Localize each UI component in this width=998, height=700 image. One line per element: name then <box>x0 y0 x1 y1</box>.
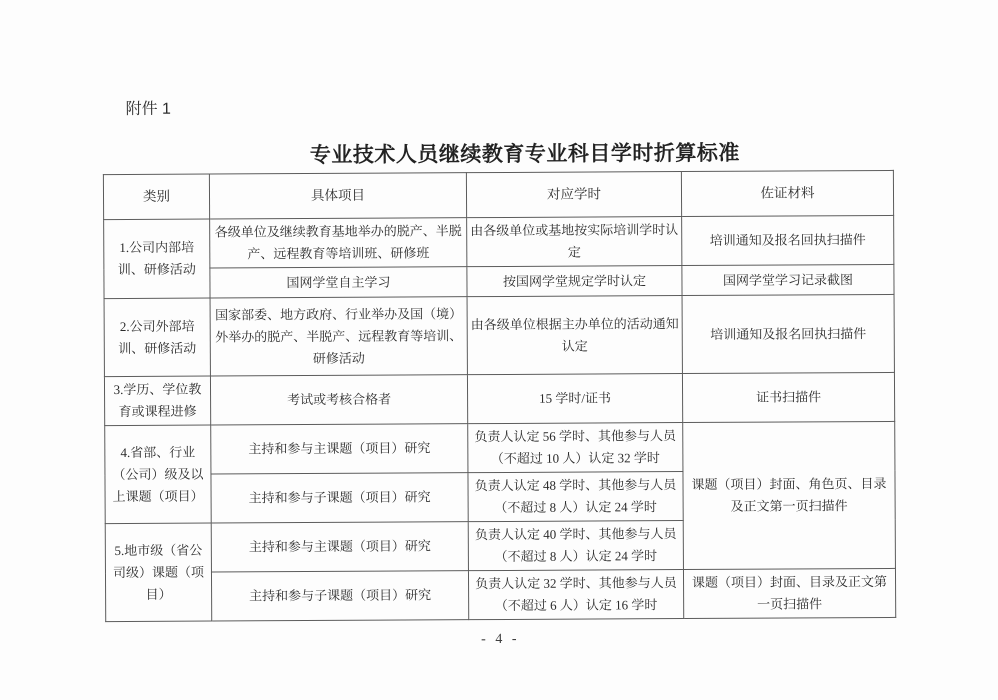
item-cell: 主持和参与子课题（项目）研究 <box>211 571 468 621</box>
evidence-cell: 课题（项目）封面、目录及正文第一页扫描件 <box>683 568 895 618</box>
attachment-label: 附件 1 <box>125 96 170 119</box>
table-row: 3.学历、学位教育或课程进修 考试或考核合格者 15 学时/证书 证书扫描件 <box>104 372 894 425</box>
table-row: 主持和参与子课题（项目）研究 负责人认定 32 学时、其他参与人员（不超过 6 … <box>105 568 895 621</box>
header-cell-evidence: 佐证材料 <box>681 170 893 216</box>
evidence-cell: 培训通知及报名回执扫描件 <box>682 294 894 373</box>
category-cell-internal-training: 1.公司内部培训、研修活动 <box>104 219 210 299</box>
table-row: 4.省部、行业（公司）级及以上课题（项目） 主持和参与主课题（项目）研究 负责人… <box>105 421 895 474</box>
hours-cell: 由各级单位根据主办单位的活动通知认定 <box>467 296 682 375</box>
category-cell-external-training: 2.公司外部培训、研修活动 <box>104 298 210 377</box>
scan-sheet: 附件 1 专业技术人员继续教育专业科目学时折算标准 类别 具体项目 对应学时 佐… <box>0 0 998 700</box>
hours-cell: 15 学时/证书 <box>467 374 682 424</box>
item-cell: 主持和参与子课题（项目）研究 <box>211 473 468 523</box>
item-cell: 主持和参与主课题（项目）研究 <box>211 424 468 474</box>
table-row: 国网学堂自主学习 按国网学堂规定学时认定 国网学堂学习记录截图 <box>104 264 894 298</box>
evidence-cell: 证书扫描件 <box>682 372 894 422</box>
table-row: 2.公司外部培训、研修活动 国家部委、地方政府、行业举办及国（境）外举办的脱产、… <box>104 294 894 376</box>
page-number: - 4 - <box>1 629 998 650</box>
hours-cell: 按国网学堂规定学时认定 <box>467 266 682 297</box>
category-cell-provincial-projects: 4.省部、行业（公司）级及以上课题（项目） <box>105 425 212 524</box>
item-cell: 国家部委、地方政府、行业举办及国（境）外举办的脱产、半脱产、远程教育等培训、研修… <box>210 297 467 376</box>
hours-cell: 负责人认定 40 学时、其他参与人员（不超过 8 人）认定 24 学时 <box>468 521 683 571</box>
hours-cell: 负责人认定 48 学时、其他参与人员（不超过 8 人）认定 24 学时 <box>468 472 683 522</box>
evidence-cell: 课题（项目）封面、角色页、目录及正文第一页扫描件 <box>683 421 896 569</box>
header-cell-hours: 对应学时 <box>466 172 681 218</box>
document-title: 专业技术人员继续教育专业科目学时折算标准 <box>310 137 740 169</box>
header-cell-item: 具体项目 <box>209 173 466 219</box>
scanned-document-page: 附件 1 专业技术人员继续教育专业科目学时折算标准 类别 具体项目 对应学时 佐… <box>0 0 998 700</box>
item-cell: 主持和参与主课题（项目）研究 <box>211 522 468 572</box>
hours-cell: 负责人认定 32 学时、其他参与人员（不超过 6 人）认定 16 学时 <box>468 570 683 620</box>
item-cell: 国网学堂自主学习 <box>210 267 467 298</box>
category-cell-city-projects: 5.地市级（省公司级）课题（项目） <box>105 523 212 622</box>
evidence-cell: 国网学堂学习记录截图 <box>682 264 894 295</box>
item-cell: 考试或考核合格者 <box>210 375 467 425</box>
item-cell: 各级单位及继续教育基地举办的脱产、半脱产、远程教育等培训班、研修班 <box>210 218 467 268</box>
table-row: 1.公司内部培训、研修活动 各级单位及继续教育基地举办的脱产、半脱产、远程教育等… <box>104 215 894 268</box>
category-cell-degree-education: 3.学历、学位教育或课程进修 <box>104 376 210 426</box>
header-cell-category: 类别 <box>103 174 209 220</box>
hours-conversion-table: 类别 具体项目 对应学时 佐证材料 1.公司内部培训、研修活动 各级单位及继续教… <box>103 170 896 622</box>
evidence-cell: 培训通知及报名回执扫描件 <box>682 215 894 265</box>
hours-cell: 由各级单位或基地按实际培训学时认定 <box>467 217 682 267</box>
hours-cell: 负责人认定 56 学时、其他参与人员（不超过 10 人）认定 32 学时 <box>468 423 683 473</box>
header-row: 类别 具体项目 对应学时 佐证材料 <box>103 170 893 219</box>
